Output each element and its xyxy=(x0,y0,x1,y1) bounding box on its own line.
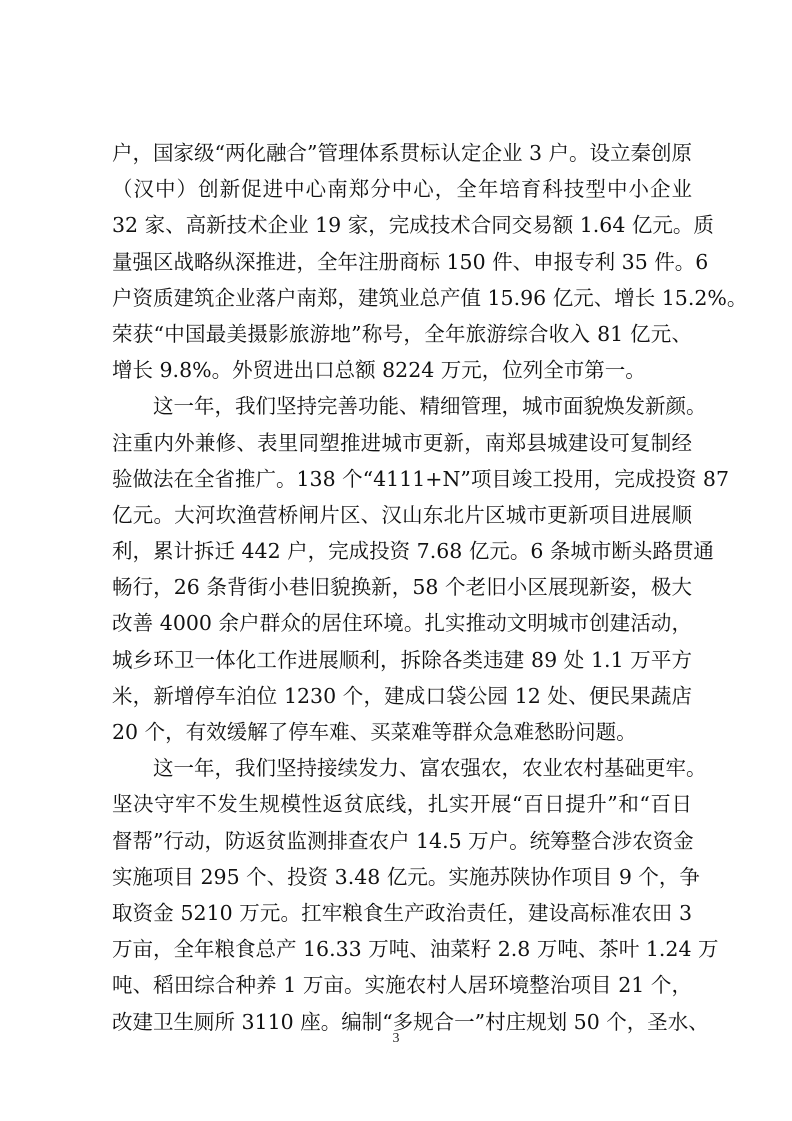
text-line: 户，国家级“两化融合”管理体系贯标认定企业 3 户。设立秦创原 xyxy=(112,135,692,171)
document-page: 户，国家级“两化融合”管理体系贯标认定企业 3 户。设立秦创原（汉中）创新促进中… xyxy=(0,0,792,1121)
text-line: 万亩，全年粮食总产 16.33 万吨、油菜籽 2.8 万吨、茶叶 1.24 万 xyxy=(112,931,692,967)
text-line: 增长 9.8%。外贸进出口总额 8224 万元，位列全市第一。 xyxy=(112,352,692,388)
text-line: 量强区战略纵深推进，全年注册商标 150 件、申报专利 35 件。6 xyxy=(112,244,692,280)
text-line: 亿元。大河坎渔营桥闸片区、汉山东北片区城市更新项目进展顺 xyxy=(112,497,692,533)
paragraph-first-line: 这一年，我们坚持接续发力、富农强农，农业农村基础更牢。 xyxy=(112,750,692,786)
page-number: 3 xyxy=(0,1031,792,1047)
text-line: 注重内外兼修、表里同塑推进城市更新，南郑县城建设可复制经 xyxy=(112,425,692,461)
text-line: 利，累计拆迁 442 户，完成投资 7.68 亿元。6 条城市断头路贯通 xyxy=(112,533,692,569)
text-line: 坚决守牢不发生规模性返贫底线，扎实开展“百日提升”和“百日 xyxy=(112,786,692,822)
text-line: 实施项目 295 个、投资 3.48 亿元。实施苏陕协作项目 9 个，争 xyxy=(112,859,692,895)
text-line: 户资质建筑企业落户南郑，建筑业总产值 15.96 亿元、增长 15.2%。 xyxy=(112,280,692,316)
text-line: 米，新增停车泊位 1230 个，建成口袋公园 12 处、便民果蔬店 xyxy=(112,678,692,714)
paragraph-first-line: 这一年，我们坚持完善功能、精细管理，城市面貌焕发新颜。 xyxy=(112,388,692,424)
text-line: 督帮”行动，防返贫监测排查农户 14.5 万户。统筹整合涉农资金 xyxy=(112,823,692,859)
text-line: 验做法在全省推广。138 个“4111+N”项目竣工投用，完成投资 87 xyxy=(112,461,692,497)
text-line: 改善 4000 余户群众的居住环境。扎实推动文明城市创建活动， xyxy=(112,605,692,641)
text-line: 20 个，有效缓解了停车难、买菜难等群众急难愁盼问题。 xyxy=(112,714,692,750)
text-line: （汉中）创新促进中心南郑分中心，全年培育科技型中小企业 xyxy=(112,171,692,207)
text-line: 取资金 5210 万元。扛牢粮食生产政治责任，建设高标准农田 3 xyxy=(112,895,692,931)
text-line: 荣获“中国最美摄影旅游地”称号，全年旅游综合收入 81 亿元、 xyxy=(112,316,692,352)
text-line: 畅行，26 条背街小巷旧貌换新，58 个老旧小区展现新姿，极大 xyxy=(112,569,692,605)
body-text: 户，国家级“两化融合”管理体系贯标认定企业 3 户。设立秦创原（汉中）创新促进中… xyxy=(112,135,692,1040)
text-line: 32 家、高新技术企业 19 家，完成技术合同交易额 1.64 亿元。质 xyxy=(112,207,692,243)
text-line: 吨、稻田综合种养 1 万亩。实施农村人居环境整治项目 21 个， xyxy=(112,967,692,1003)
text-line: 城乡环卫一体化工作进展顺利，拆除各类违建 89 处 1.1 万平方 xyxy=(112,642,692,678)
